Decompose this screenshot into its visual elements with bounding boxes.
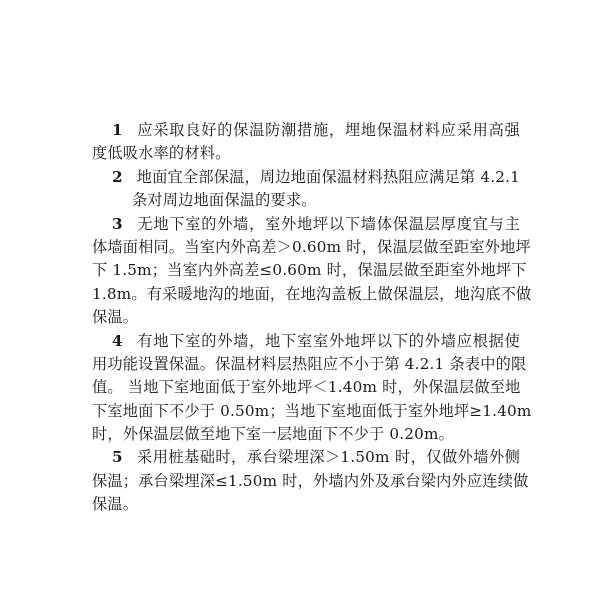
item-3-line-1: 3无地下室的外墙，室外地坪以下墙体保温层厚度宜与主 — [92, 213, 520, 236]
item-2-line-2: 条对周边地面保温的要求。 — [92, 189, 520, 212]
item-3-line-2: 体墙面相同。当室内外高差＞0.60m 时，保温层做至距室外地坪 — [92, 236, 520, 259]
item-4-line-5: 时，外保温层做至地下室一层地面下不少于 0.20m。 — [92, 423, 520, 446]
item-1-line-2: 度低吸水率的材料。 — [92, 142, 520, 165]
item-1-line-1: 1应采取良好的保温防潮措施，埋地保温材料应采用高强 — [92, 119, 520, 142]
item-3-line-5: 保温。 — [92, 306, 520, 329]
item-1-number: 1 — [112, 121, 123, 139]
item-4-line-3: 值。 当地下室地面低于室外地坪＜1.40m 时，外保温层做至地 — [92, 376, 520, 399]
item-5-line-2: 保温；承台梁埋深≤1.50m 时，外墙内外及承台梁内外应连续做 — [92, 470, 520, 493]
item-5-line-1: 5采用桩基础时，承台梁埋深＞1.50m 时，仅做外墙外侧 — [92, 446, 520, 469]
item-3-line-4: 1.8m。有采暖地沟的地面，在地沟盖板上做保温层，地沟底不做 — [92, 283, 520, 306]
item-3-line-3: 下 1.5m；当室内外高差≤0.60m 时，保温层做至距室外地坪下 — [92, 259, 520, 282]
item-2-number: 2 — [112, 168, 123, 186]
item-4-number: 4 — [112, 332, 123, 350]
item-4-line-1: 4有地下室的外墙，地下室室外地坪以下的外墙应根据使 — [92, 330, 520, 353]
item-4-line-4: 下室地面下不少于 0.50m；当地下室地面低于室外地坪≥1.40m — [92, 400, 520, 423]
item-5-line-3: 保温。 — [92, 493, 520, 516]
document-page: 1应采取良好的保温防潮措施，埋地保温材料应采用高强 度低吸水率的材料。 2地面宜… — [92, 119, 520, 517]
item-4-line-2: 用功能设置保温。保温材料层热阻应不小于第 4.2.1 条表中的限 — [92, 353, 520, 376]
item-2-line-1: 2地面宜全部保温，周边地面保温材料热阻应满足第 4.2.1 — [92, 166, 520, 189]
item-5-number: 5 — [112, 448, 123, 466]
item-3-number: 3 — [112, 215, 123, 233]
